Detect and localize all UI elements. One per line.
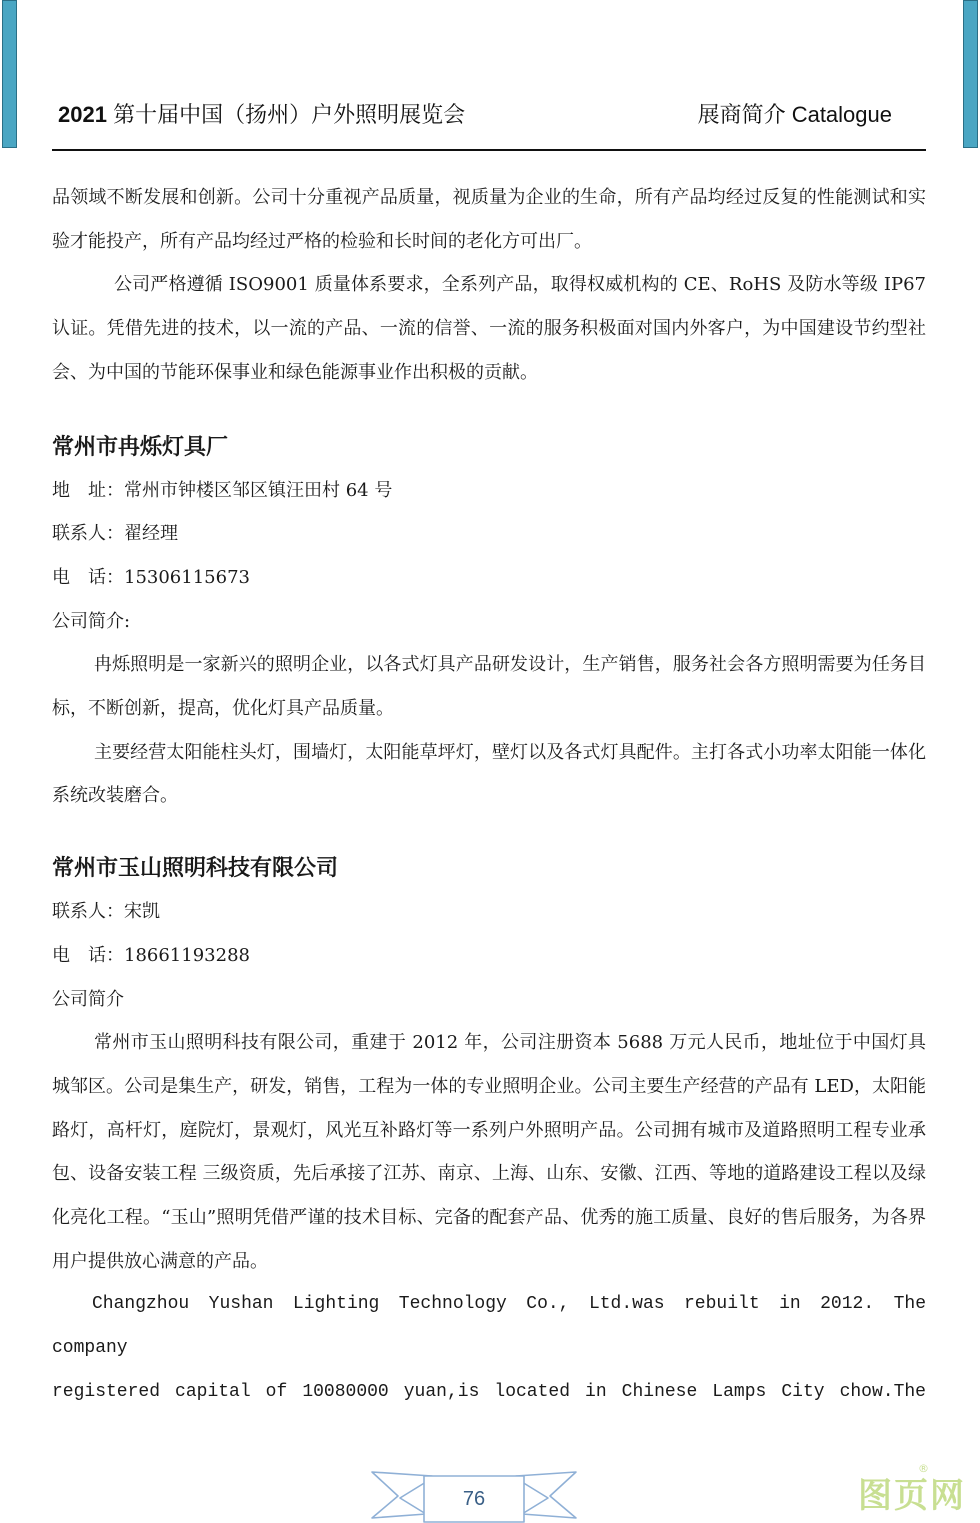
registered-mark: ® [918,1462,929,1475]
company-intro-paragraph: 主要经营太阳能柱头灯，围墙灯，太阳能草坪灯，壁灯以及各式灯具配件。主打各式小功率… [52,731,926,818]
company-intro-paragraph: 常州市玉山照明科技有限公司，重建于 2012 年，公司注册资本 5688 万元人… [52,1021,926,1283]
company-name: 常州市玉山照明科技有限公司 [52,846,926,890]
exhibition-year: 2021 [58,102,107,127]
company-intro-english-line: Changzhou Yushan Lighting Technology Co.… [52,1283,926,1370]
page-header: 2021 第十届中国（扬州）户外照明展览会 展商简介 Catalogue [58,98,926,134]
company-entry: 常州市冉烁灯具厂 地 址：常州市钟楼区邹区镇汪田村 64 号 联系人：翟经理 电… [52,425,926,819]
company-contact: 联系人：翟经理 [52,512,926,556]
intro-paragraph: 品领域不断发展和创新。公司十分重视产品质量，视质量为企业的生命，所有产品均经过反… [52,176,926,263]
page-content: 品领域不断发展和创新。公司十分重视产品质量，视质量为企业的生命，所有产品均经过反… [52,176,926,1415]
left-edge-bar [2,0,17,148]
company-intro-label: 公司简介: [52,600,926,644]
company-name: 常州市冉烁灯具厂 [52,425,926,469]
company-entry: 常州市玉山照明科技有限公司 联系人：宋凯 电 话：18661193288 公司简… [52,846,926,1414]
right-edge-bar [963,0,978,148]
company-phone: 电 话：15306115673 [52,556,926,600]
company-intro-label: 公司简介 [52,978,926,1022]
exhibition-title: 2021 第十届中国（扬州）户外照明展览会 [58,98,465,129]
header-divider [52,149,926,151]
exhibition-name: 第十届中国（扬州）户外照明展览会 [113,102,465,127]
company-intro-english-line: registered capital of 10080000 yuan,is l… [52,1371,926,1415]
page-number: 76 [424,1476,524,1520]
watermark-logo: 图页网 [858,1468,966,1517]
intro-paragraph: 公司严格遵循 ISO9001 质量体系要求，全系列产品，取得权威机构的 CE、R… [52,263,926,394]
company-address: 地 址：常州市钟楼区邹区镇汪田村 64 号 [52,469,926,513]
section-title: 展商简介 Catalogue [698,98,892,129]
company-intro-paragraph: 冉烁照明是一家新兴的照明企业，以各式灯具产品研发设计，生产销售，服务社会各方照明… [52,643,926,730]
company-phone: 电 话：18661193288 [52,934,926,978]
company-contact: 联系人：宋凯 [52,890,926,934]
